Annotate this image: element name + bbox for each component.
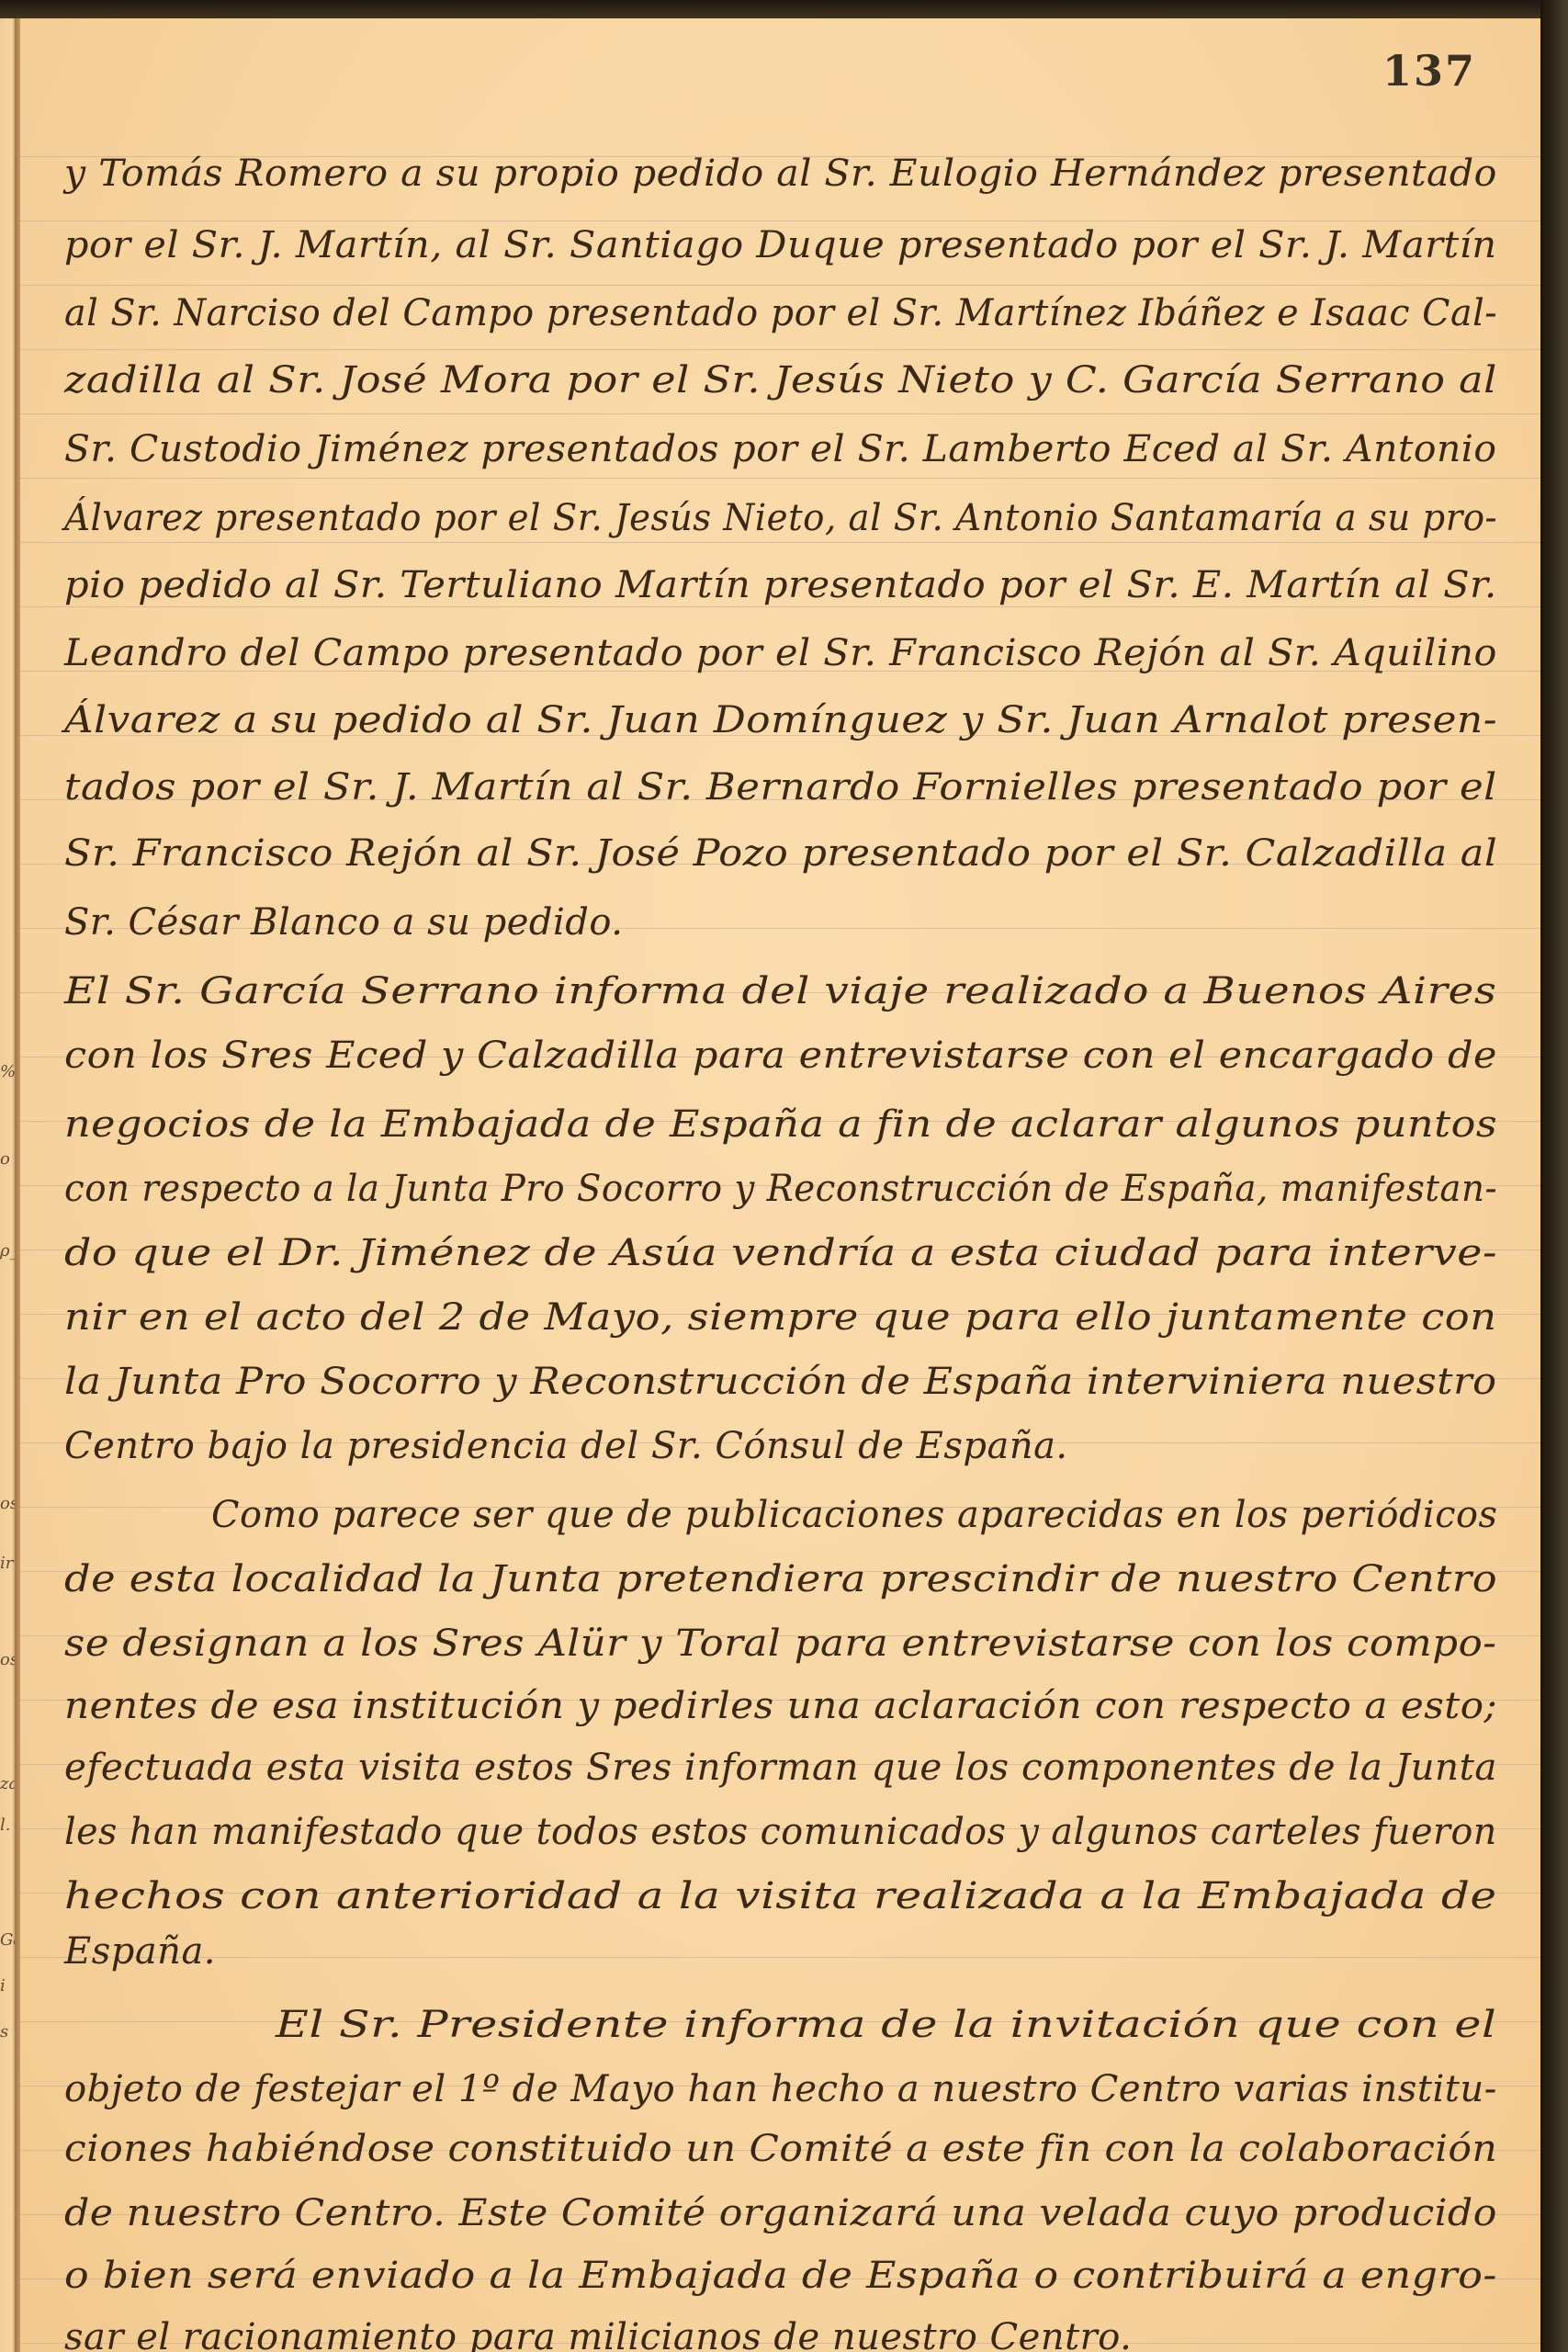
handwritten-line: zadilla al Sr. José Mora por el Sr. Jesú… — [64, 359, 1497, 401]
handwritten-line: nir en el acto del 2 de Mayo, siempre qu… — [64, 1296, 1497, 1339]
handwritten-line: con respecto a la Junta Pro Socorro y Re… — [64, 1168, 1497, 1210]
handwritten-line: o bien será enviado a la Embajada de Esp… — [64, 2255, 1497, 2297]
handwritten-line: hechos con anterioridad a la visita real… — [64, 1875, 1497, 1917]
book-binding-right — [1540, 0, 1568, 2352]
handwritten-line: do que el Dr. Jiménez de Asúa vendría a … — [64, 1232, 1497, 1274]
handwritten-line: y Tomás Romero a su propio pedido al Sr.… — [64, 153, 1497, 195]
ruled-line — [20, 478, 1540, 479]
facing-page-fragment: s — [0, 2022, 8, 2041]
handwritten-line: con los Sres Eced y Calzadilla para entr… — [64, 1035, 1497, 1077]
handwritten-line: Sr. César Blanco a su pedido. — [64, 901, 623, 944]
handwritten-line: Centro bajo la presidencia del Sr. Cónsu… — [64, 1425, 1068, 1467]
facing-page-fragment: l. — [0, 1815, 10, 1835]
ruled-line — [20, 542, 1540, 543]
handwritten-line: les han manifestado que todos estos comu… — [64, 1811, 1497, 1853]
ruled-line — [20, 285, 1540, 286]
ruled-line — [20, 220, 1540, 221]
handwritten-line: Álvarez presentado por el Sr. Jesús Niet… — [64, 497, 1497, 539]
handwritten-line: Como parece ser que de publicaciones apa… — [211, 1494, 1497, 1536]
handwritten-line: El Sr. García Serrano informa del viaje … — [64, 970, 1496, 1012]
ruled-line — [20, 606, 1540, 607]
handwritten-line: sar el racionamiento para milicianos de … — [64, 2316, 1132, 2352]
ruled-line — [20, 1957, 1540, 1958]
ruled-line — [20, 349, 1540, 350]
facing-page-fragment: o — [0, 1149, 10, 1169]
handwritten-line: Sr. Custodio Jiménez presentados por el … — [64, 428, 1496, 470]
facing-page-fragments: %oρ_oséirosza-l.Gar-is — [0, 18, 15, 2352]
ledger-page: 137 y Tomás Romero a su propio pedido al… — [20, 18, 1540, 2352]
handwritten-line: al Sr. Narciso del Campo presentado por … — [64, 292, 1497, 334]
handwritten-line: ciones habiéndose constituido un Comité … — [64, 2128, 1497, 2170]
handwritten-line: negocios de la Embajada de España a fin … — [64, 1103, 1497, 1146]
handwritten-line: Leandro del Campo presentado por el Sr. … — [64, 632, 1497, 674]
ruled-line — [20, 413, 1540, 414]
handwritten-line: Sr. Francisco Rejón al Sr. José Pozo pre… — [64, 832, 1497, 875]
page-number: 137 — [1382, 46, 1476, 96]
handwritten-line: se designan a los Sres Alür y Toral para… — [64, 1623, 1497, 1665]
handwritten-line: objeto de festejar el 1º de Mayo han hec… — [64, 2068, 1497, 2110]
handwritten-line: de esta localidad la Junta pretendiera p… — [64, 1558, 1497, 1600]
facing-page-fragment: ir — [0, 1554, 13, 1573]
handwritten-line: por el Sr. J. Martín, al Sr. Santiago Du… — [64, 224, 1497, 266]
facing-page-fragment: i — [0, 1976, 6, 1996]
handwritten-line: España. — [64, 1930, 216, 1973]
handwritten-line: El Sr. Presidente informa de la invitaci… — [276, 2004, 1496, 2046]
handwritten-line: pio pedido al Sr. Tertuliano Martín pres… — [64, 564, 1497, 606]
handwritten-line: de nuestro Centro. Este Comité organizar… — [64, 2192, 1497, 2234]
facing-page-fragment: % — [0, 1062, 16, 1081]
handwritten-line: Álvarez a su pedido al Sr. Juan Domíngue… — [64, 699, 1497, 741]
facing-page-edge: %oρ_oséirosza-l.Gar-is — [0, 18, 15, 2352]
handwritten-line: tados por el Sr. J. Martín al Sr. Bernar… — [64, 766, 1497, 808]
handwritten-line: efectuada esta visita estos Sres informa… — [64, 1747, 1497, 1789]
handwritten-line: nentes de esa institución y pedirles una… — [64, 1685, 1497, 1727]
handwritten-line: la Junta Pro Socorro y Reconstrucción de… — [64, 1361, 1497, 1403]
